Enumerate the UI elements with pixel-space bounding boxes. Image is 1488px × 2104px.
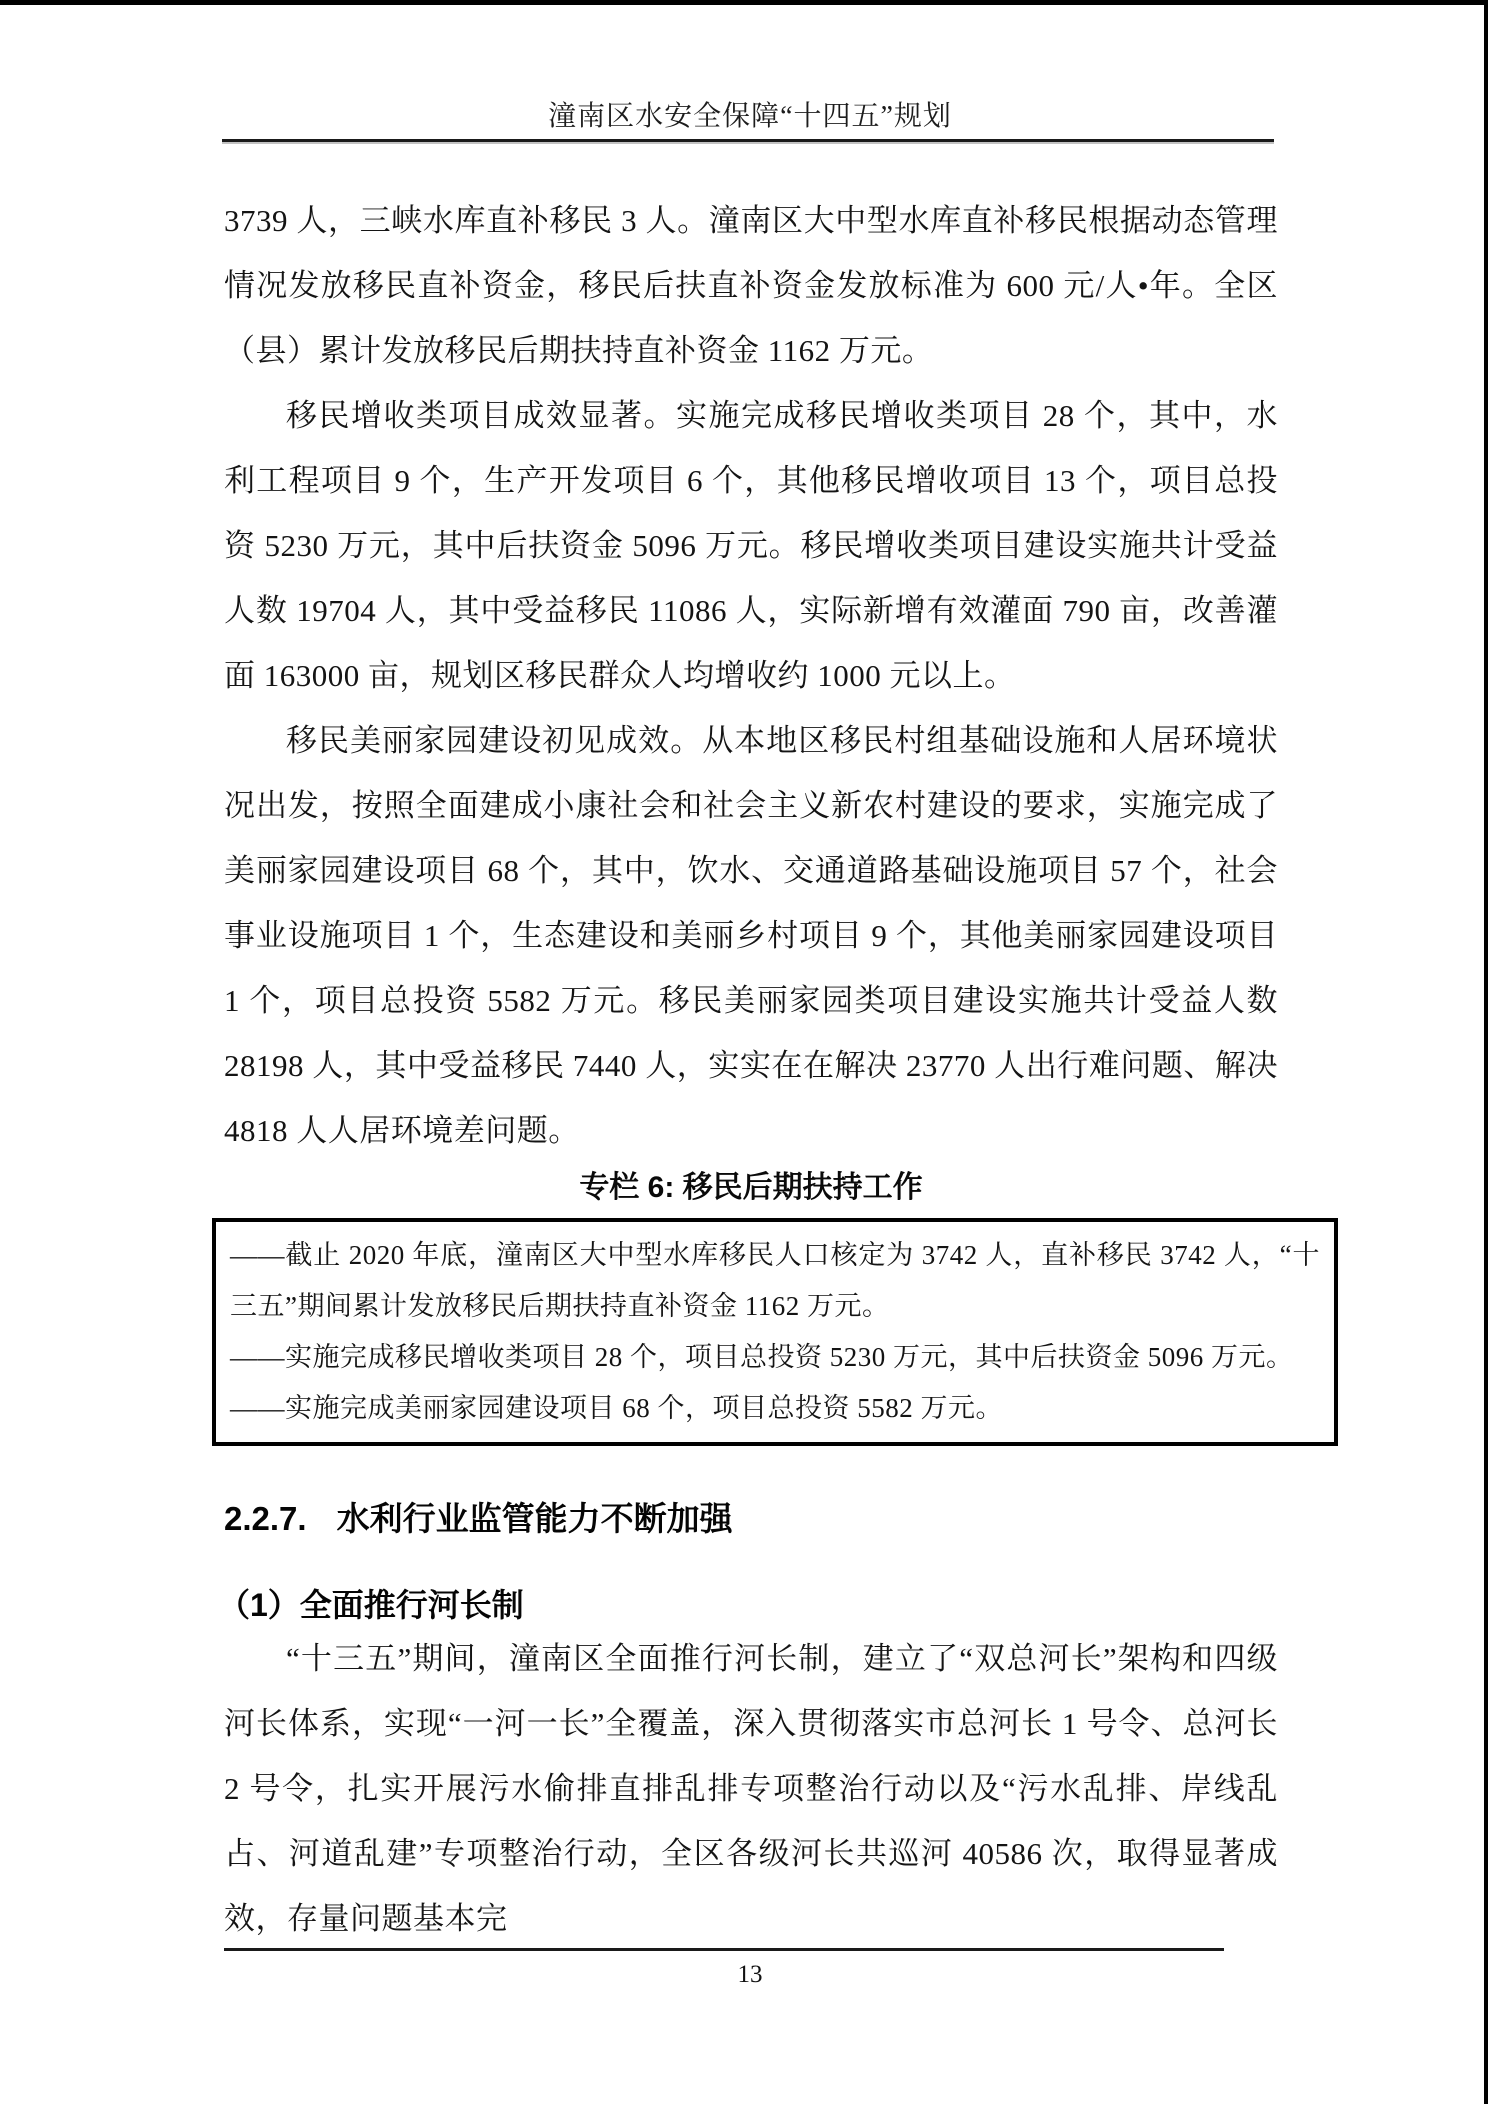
footer-rule — [224, 1948, 1224, 1951]
scan-edge-top — [0, 0, 1488, 5]
body-paragraph-migrants-subsidy: 3739 人，三峡水库直补移民 3 人。潼南区大中型水库直补移民根据动态管理情况… — [224, 188, 1278, 383]
page-content: 3739 人，三峡水库直补移民 3 人。潼南区大中型水库直补移民根据动态管理情况… — [224, 188, 1278, 1951]
column-box: ——截止 2020 年底，潼南区大中型水库移民人口核定为 3742 人，直补移民… — [212, 1218, 1338, 1446]
body-paragraph-river-chief: “十三五”期间，潼南区全面推行河长制，建立了“双总河长”架构和四级河长体系，实现… — [224, 1626, 1278, 1951]
page-number: 13 — [222, 1958, 1278, 1992]
body-paragraph-beautiful-home: 移民美丽家园建设初见成效。从本地区移民村组基础设施和人居环境状况出发，按照全面建… — [224, 708, 1278, 1163]
column-box-item: ——实施完成移民增收类项目 28 个，项目总投资 5230 万元，其中后扶资金 … — [230, 1332, 1320, 1383]
section-title: 水利行业监管能力不断加强 — [337, 1500, 733, 1537]
column-box-item: ——截止 2020 年底，潼南区大中型水库移民人口核定为 3742 人，直补移民… — [230, 1230, 1320, 1332]
document-page: 潼南区水安全保障“十四五”规划 3739 人，三峡水库直补移民 3 人。潼南区大… — [0, 0, 1488, 2104]
scan-edge-right — [1484, 0, 1488, 2104]
body-paragraph-income-projects: 移民增收类项目成效显著。实施完成移民增收类项目 28 个，其中，水利工程项目 9… — [224, 383, 1278, 708]
section-heading: 2.2.7.水利行业监管能力不断加强 — [224, 1498, 1278, 1540]
subsection-heading: （1）全面推行河长制 — [218, 1584, 1278, 1626]
header-rule — [222, 139, 1274, 142]
section-number: 2.2.7. — [224, 1500, 307, 1537]
column-box-title: 专栏 6: 移民后期扶持工作 — [224, 1165, 1278, 1211]
column-box-item: ——实施完成美丽家园建设项目 68 个，项目总投资 5582 万元。 — [230, 1383, 1320, 1434]
page-header-title: 潼南区水安全保障“十四五”规划 — [222, 100, 1278, 134]
